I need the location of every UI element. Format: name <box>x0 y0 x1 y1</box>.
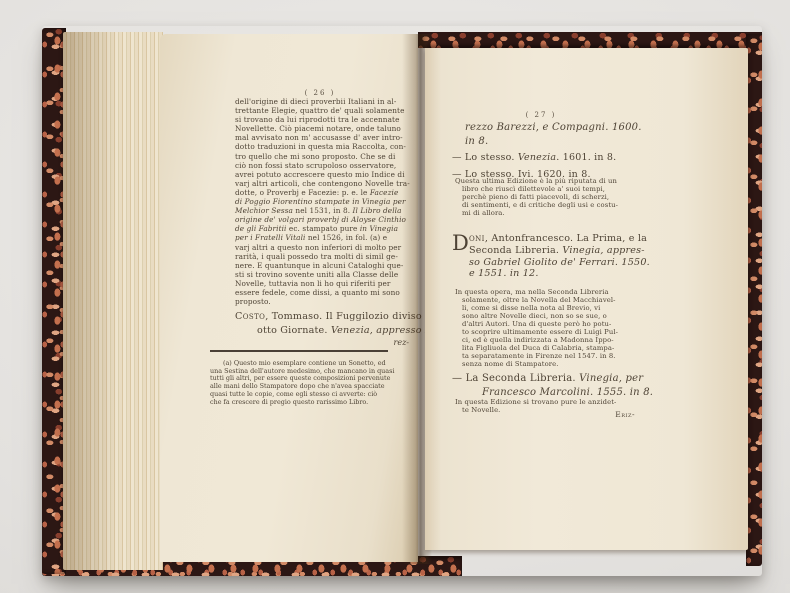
entry-doni-antonfrancesco: D oni, Antonfrancesco. La Prima, e laSec… <box>452 233 640 280</box>
text-segment: ciò non fossi stato scrupoloso osservato… <box>235 161 396 170</box>
text-segment: In questa opera, ma nella Seconda Librer… <box>455 288 609 296</box>
text-line: to scoprire ultimamente essere di Luigi … <box>455 328 637 336</box>
text-segment: oni <box>469 233 485 244</box>
open-book: ( 26 ) dell'origine di dieci proverbii I… <box>42 26 762 576</box>
text-segment: de gli Fabritii <box>235 224 289 233</box>
text-segment: to scoprire ultimamente essere di Luigi … <box>462 328 618 336</box>
text-segment: in 8. <box>465 136 488 147</box>
text-segment: Francesco Marcolini. 1555. in 8. <box>482 387 653 398</box>
text-segment: Vinegia, appres- <box>562 245 644 256</box>
text-segment: avrei potuto accrescere questo mio Indic… <box>235 170 405 179</box>
text-line: oni, Antonfrancesco. La Prima, e la <box>469 233 640 245</box>
text-line: sono altre Novelle dieci, non so se sue,… <box>455 312 637 320</box>
text-segment: In questa Edizione si trovano pure le an… <box>455 398 616 406</box>
text-segment: in Vinegia <box>360 224 398 233</box>
text-line: de gli Fabritii ec. stampato pure in Vin… <box>235 224 407 233</box>
text-line: rarità, i quali possedo tra molti di sim… <box>235 252 407 261</box>
text-line: senza nome di Stampatore. <box>455 360 637 368</box>
text-line: perchè pieno di fatti piacevoli, di sche… <box>455 193 635 201</box>
book-cover-top-edge <box>418 32 762 48</box>
text-line: per i Fratelli Vitali nel 1526, in fol. … <box>235 233 407 242</box>
text-line: Seconda Libreria. Vinegia, appres- <box>469 245 640 257</box>
text-segment: sono altre Novelle dieci, non so se sue,… <box>462 312 607 320</box>
text-segment: Facezie <box>370 188 399 197</box>
text-line: e 1551. in 12. <box>469 268 640 280</box>
left-page-catchword: rez- <box>235 338 409 347</box>
text-segment: ci, ed è quella indirizzata a Madonna Ip… <box>462 336 614 344</box>
text-line: — La Seconda Libreria. Vinegia, per <box>452 372 642 386</box>
text-segment: Novelle, tuttavia non li ho qui riferiti… <box>235 279 390 288</box>
text-line: lita Figliuola del Duca di Calabria, sta… <box>455 344 637 352</box>
text-line: mal avvisato non m' accusasse d' aver in… <box>235 133 407 142</box>
text-line: In questa Edizione si trovano pure le an… <box>455 398 635 406</box>
text-line: tro quello che mi sono proposto. Che se … <box>235 152 407 161</box>
entry-seconda-libreria-marcolini: — La Seconda Libreria. Vinegia, perFranc… <box>452 372 642 399</box>
text-line: Costo, Tommaso. Il Fuggilozio diviso in <box>235 310 409 324</box>
left-page-footnote: (a) Questo mio esemplare contiene un Son… <box>210 360 400 406</box>
text-segment: Il Libro della <box>353 206 402 215</box>
text-segment: trettante Elegie, quattro de' quali sola… <box>235 106 404 115</box>
text-segment: libro che riuscì dilettevole a' suoi tem… <box>462 185 605 193</box>
text-line: varj altri articoli, che contengono Nove… <box>235 179 407 188</box>
text-line: rezzo Barezzi, e Compagni. 1600. <box>452 121 637 135</box>
text-line: li, come si disse nella nota al Brevio, … <box>455 304 637 312</box>
text-segment: Costo <box>235 311 265 322</box>
text-line: dotto traduzioni in questa mia Raccolta,… <box>235 142 407 151</box>
photo-background: ( 26 ) dell'origine di dieci proverbii I… <box>0 0 790 593</box>
text-line: essere fedele, come dissi, a quanto mi s… <box>235 288 407 297</box>
text-line: Novelle, tuttavia non li ho qui riferiti… <box>235 279 407 288</box>
text-segment: nel 1526, in fol. (a) e <box>308 233 387 242</box>
text-segment: lita Figliuola del Duca di Calabria, sta… <box>462 344 614 352</box>
text-line: ci, ed è quella indirizzata a Madonna Ip… <box>455 336 637 344</box>
text-segment: che fa crescere di pregio questo rarissi… <box>210 398 368 406</box>
text-line: solamente, oltre la Novella del Macchiav… <box>455 296 637 304</box>
text-segment: mi di allora. <box>462 209 505 217</box>
footnote-rule <box>210 350 388 352</box>
text-line: dell'origine di dieci proverbii Italiani… <box>235 97 407 106</box>
text-segment: essere fedele, come dissi, a quanto mi s… <box>235 288 400 297</box>
text-segment: ec. stampato pure <box>289 224 360 233</box>
text-line: ciò non fossi stato scrupoloso osservato… <box>235 161 407 170</box>
text-segment: nere. E quantunque in alcuni Cataloghi q… <box>235 261 403 270</box>
text-segment: varj altri a questo non inferiori di mol… <box>235 243 401 252</box>
text-segment: dotto traduzioni in questa mia Raccolta,… <box>235 142 406 151</box>
text-segment: sti si trovino sovente uniti alla Classe… <box>235 270 398 279</box>
right-page: ( 27 ) rezzo Barezzi, e Compagni. 1600.i… <box>425 48 748 550</box>
left-page-number: ( 26 ) <box>235 89 405 97</box>
text-segment: otto Giornate. <box>257 325 331 336</box>
text-segment: rezzo Barezzi, e Compagni. 1600. <box>465 122 642 133</box>
text-line: proposto. <box>235 297 407 306</box>
text-line: che fa crescere di pregio questo rarissi… <box>210 399 400 407</box>
text-line: Questa ultima Edizione è la più riputata… <box>455 177 635 185</box>
text-segment: e 1551. in 12. <box>469 268 539 279</box>
text-line: in 8. <box>452 135 637 149</box>
text-line: origine de' volgari proverbj di Aloyse C… <box>235 215 407 224</box>
left-page: ( 26 ) dell'origine di dieci proverbii I… <box>160 34 418 562</box>
right-page-catchword: Eriz- <box>455 410 635 419</box>
page-edges-stack <box>63 32 163 570</box>
drop-cap-initial: D <box>452 233 469 254</box>
text-line: libro che riuscì dilettevole a' suoi tem… <box>455 185 635 193</box>
text-segment: Vinegia, per <box>579 373 643 384</box>
text-segment: — Lo stesso. <box>452 152 518 163</box>
text-segment: varj altri articoli, che contengono Nove… <box>235 179 410 188</box>
text-segment: Seconda Libreria. <box>469 245 562 256</box>
text-segment: senza nome di Stampatore. <box>462 360 559 368</box>
text-segment: Questa ultima Edizione è la più riputata… <box>455 177 617 185</box>
text-line: nere. E quantunque in alcuni Cataloghi q… <box>235 261 407 270</box>
text-line: so Gabriel Giolito de' Ferrari. 1550. <box>469 257 640 269</box>
text-line: d'altri Autori. Una di queste però ho po… <box>455 320 637 328</box>
text-line: avrei potuto accrescere questo mio Indic… <box>235 170 407 179</box>
text-line: trettante Elegie, quattro de' quali sola… <box>235 106 407 115</box>
text-segment: per i Fratelli Vitali <box>235 233 308 242</box>
right-page-number: ( 27 ) <box>452 111 630 119</box>
text-segment: Novellette. Ciò piacemi notare, onde tal… <box>235 124 401 133</box>
note-seconda-libreria: In questa opera, ma nella Seconda Librer… <box>455 288 637 368</box>
text-segment: nel 1531, in 8. <box>295 206 352 215</box>
text-segment: dell'origine di dieci proverbii Italiani… <box>235 97 396 106</box>
text-segment: si trovano da lui riprodotti tra le acce… <box>235 115 399 124</box>
text-line: Novellette. Ciò piacemi notare, onde tal… <box>235 124 407 133</box>
entry-costo-tommaso: Costo, Tommaso. Il Fuggilozio diviso ino… <box>235 310 409 338</box>
text-segment: — La Seconda Libreria. <box>452 373 579 384</box>
text-line: mi di allora. <box>455 209 635 217</box>
text-segment: tro quello che mi sono proposto. Che se … <box>235 152 395 161</box>
text-line: — Lo stesso. Venezia. 1601. in 8. <box>452 149 642 166</box>
note-fuggilozio-edition: Questa ultima Edizione è la più riputata… <box>455 177 635 217</box>
left-page-body-paragraph: dell'origine di dieci proverbii Italiani… <box>235 97 407 306</box>
text-segment: Venezia <box>518 152 556 163</box>
text-segment: , Antonfrancesco. La Prima, e la <box>485 233 647 244</box>
text-line: otto Giornate. Venezia, appresso Ba- <box>235 324 409 338</box>
entry-barezzi-continuation: rezzo Barezzi, e Compagni. 1600.in 8. <box>452 121 637 149</box>
text-segment: dotte, o Proverbj e Facezie: p. e. le <box>235 188 370 197</box>
text-line: ta separatamente in Firenze nel 1547. in… <box>455 352 637 360</box>
text-line: si trovano da lui riprodotti tra le acce… <box>235 115 407 124</box>
text-segment: li, come si disse nella nota al Brevio, … <box>462 304 600 312</box>
book-cover-right-edge <box>746 34 762 566</box>
text-segment: solamente, oltre la Novella del Macchiav… <box>462 296 616 304</box>
text-segment: d'altri Autori. Una di queste però ho po… <box>462 320 611 328</box>
text-line: In questa opera, ma nella Seconda Librer… <box>455 288 637 296</box>
text-line: di Poggio Fiorentino stampate in Vinegia… <box>235 197 407 206</box>
text-line: sti si trovino sovente uniti alla Classe… <box>235 270 407 279</box>
text-segment: Melchior Sessa <box>235 206 295 215</box>
text-segment: di sentimenti, e di critiche degli usi e… <box>462 201 618 209</box>
text-segment: perchè pieno di fatti piacevoli, di sche… <box>462 193 609 201</box>
text-line: dotte, o Proverbj e Facezie: p. e. le Fa… <box>235 188 407 197</box>
text-line: di sentimenti, e di critiche degli usi e… <box>455 201 635 209</box>
text-segment: proposto. <box>235 297 271 306</box>
text-segment: origine de' volgari proverbj di Aloyse C… <box>235 215 406 224</box>
text-segment: so Gabriel Giolito de' Ferrari. 1550. <box>469 257 650 268</box>
text-segment: di Poggio Fiorentino stampate in Vinegia… <box>235 197 406 206</box>
text-segment: ta separatamente in Firenze nel 1547. in… <box>462 352 616 360</box>
text-line: Melchior Sessa nel 1531, in 8. Il Libro … <box>235 206 407 215</box>
text-line: varj altri a questo non inferiori di mol… <box>235 243 407 252</box>
text-segment: . 1601. in 8. <box>556 152 616 163</box>
text-segment: mal avvisato non m' accusasse d' aver in… <box>235 133 403 142</box>
text-segment: rarità, i quali possedo tra molti di sim… <box>235 252 398 261</box>
text-line: Francesco Marcolini. 1555. in 8. <box>452 386 642 400</box>
